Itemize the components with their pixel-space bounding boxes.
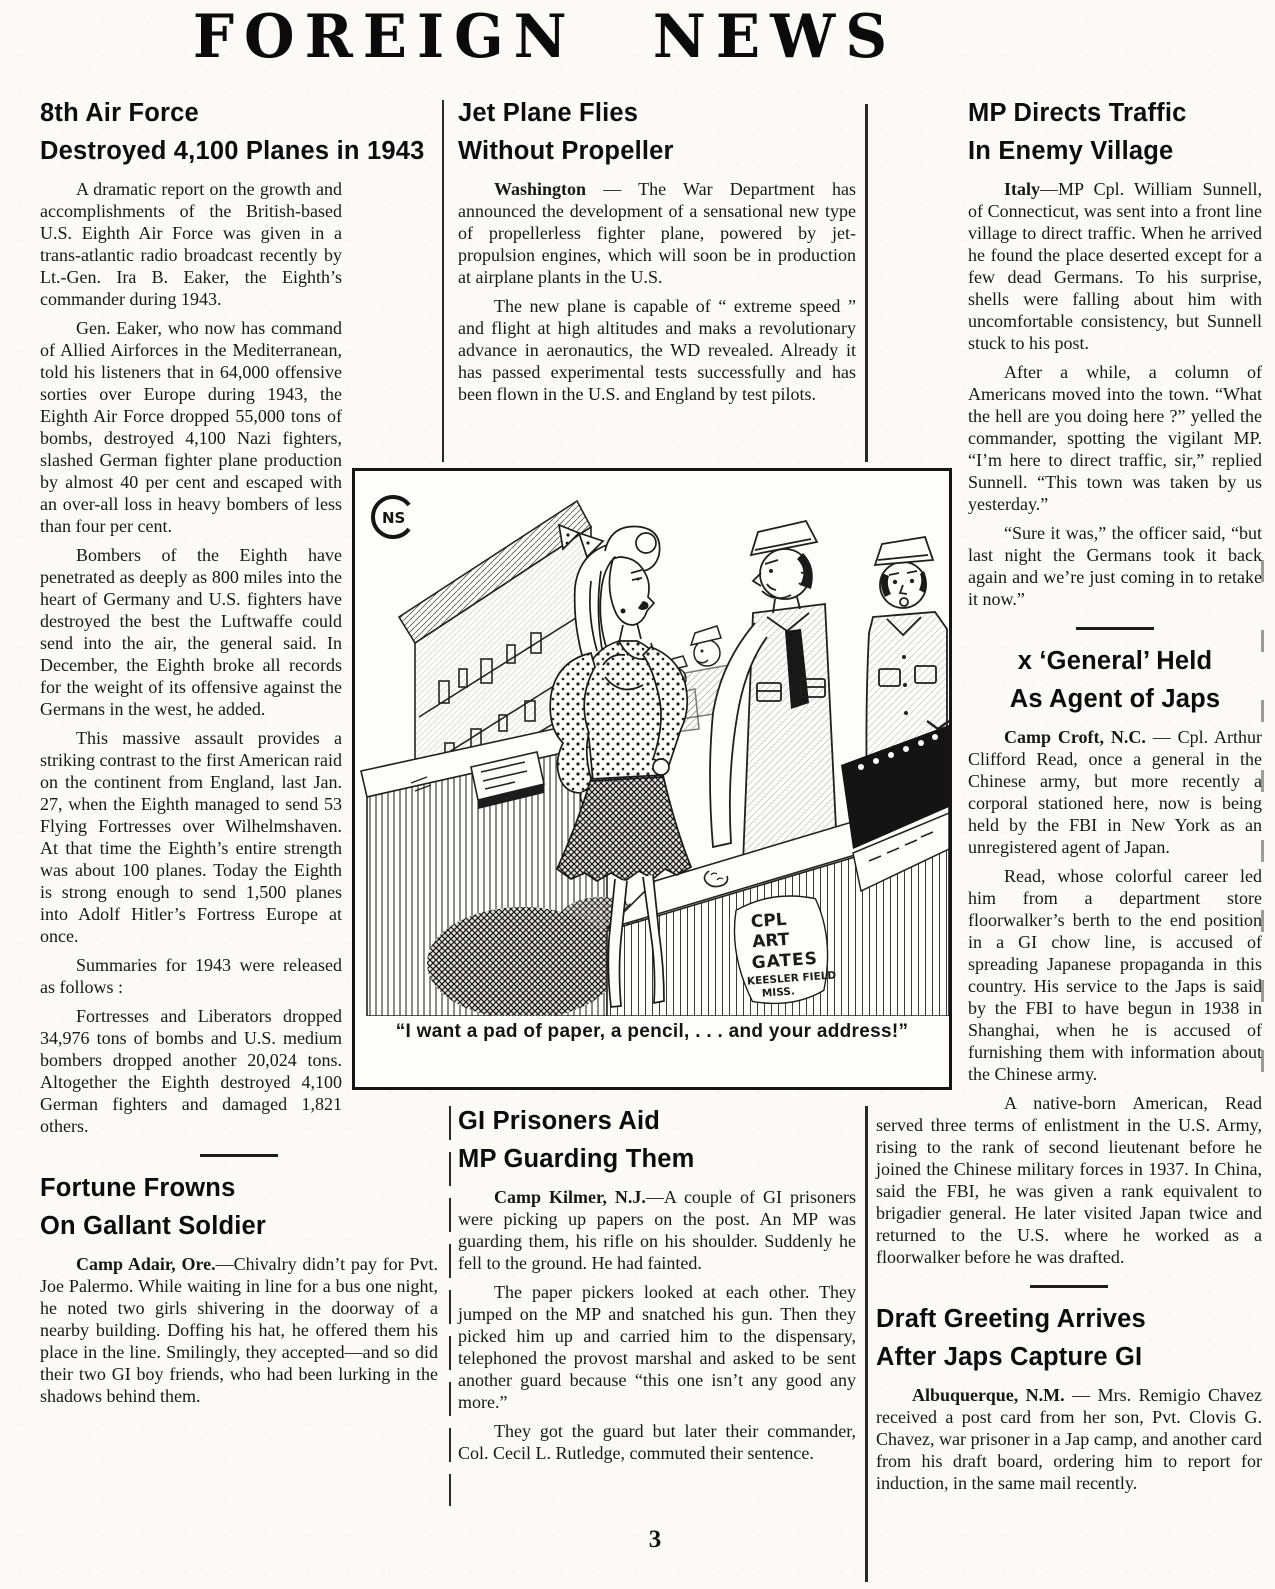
article-paragraph: Washington — The War Department has anno… xyxy=(458,178,856,288)
headline-line: MP Directs Traffic xyxy=(876,94,1262,132)
cns-logo-letters: NS xyxy=(382,509,405,527)
headline-gi-prisoners: GI Prisoners Aid MP Guarding Them xyxy=(458,1102,856,1178)
article-gi-prisoners: Camp Kilmer, N.J.—A couple of GI prisone… xyxy=(458,1186,856,1464)
article-paragraph: Camp Adair, Ore.—Chivalry didn’t pay for… xyxy=(40,1253,438,1407)
headline-8th-air-force: 8th Air Force Destroyed 4,100 Planes in … xyxy=(40,94,438,170)
signature-line: ART xyxy=(752,930,791,953)
article-paragraph: They got the guard but later their comma… xyxy=(458,1420,856,1464)
cartoon-illustration: CPL ART GATES KEESLER FIELD MISS. NS xyxy=(355,471,949,1016)
headline-line: MP Guarding Them xyxy=(458,1140,856,1178)
article-paragraph: The paper pickers looked at each other. … xyxy=(458,1281,856,1413)
article-jet-plane: Washington — The War Department has anno… xyxy=(458,178,856,405)
headline-mp-traffic: MP Directs Traffic In Enemy Village xyxy=(876,94,1262,170)
dateline: Camp Croft, N.C. xyxy=(1004,727,1146,747)
headline-line: Destroyed 4,100 Planes in 1943 xyxy=(40,132,438,170)
headline-line: Draft Greeting Arrives xyxy=(876,1300,1262,1338)
article-draft-greeting: Albuquerque, N.M. — Mrs. Remigio Chavez … xyxy=(876,1384,1262,1494)
soldier-main xyxy=(710,521,837,863)
signature-line: CPL xyxy=(750,910,787,932)
headline-line: 8th Air Force xyxy=(40,94,438,132)
editorial-cartoon: CPL ART GATES KEESLER FIELD MISS. NS “I … xyxy=(352,468,952,1090)
cartoon-caption: “I want a pad of paper, a pencil, . . . … xyxy=(355,1021,949,1043)
dateline: Italy xyxy=(1004,179,1040,199)
column-divider-line xyxy=(442,100,444,462)
divider-rule xyxy=(1076,627,1154,630)
article-paragraph: A dramatic report on the growth and acco… xyxy=(40,178,438,310)
dateline: Albuquerque, N.M. xyxy=(912,1385,1065,1405)
headline-line: On Gallant Soldier xyxy=(40,1207,438,1245)
headline-line: Jet Plane Flies xyxy=(458,94,856,132)
section-divider xyxy=(876,1277,1262,1288)
section-divider xyxy=(40,1146,438,1157)
headline-line: Fortune Frowns xyxy=(40,1169,438,1207)
column-middle-bottom: GI Prisoners Aid MP Guarding Them Camp K… xyxy=(458,1102,856,1471)
dateline: Washington xyxy=(494,179,586,199)
article-paragraph: The new plane is capable of “ extreme sp… xyxy=(458,295,856,405)
headline-line: GI Prisoners Aid xyxy=(458,1102,856,1140)
column-divider-line xyxy=(449,1106,451,1506)
headline-line: In Enemy Village xyxy=(876,132,1262,170)
divider-rule xyxy=(1030,1285,1108,1288)
page-number: 3 xyxy=(455,1526,855,1554)
headline-draft-greeting: Draft Greeting Arrives After Japs Captur… xyxy=(876,1300,1262,1376)
headline-jet-plane: Jet Plane Flies Without Propeller xyxy=(458,94,856,170)
article-fortune-frowns: Camp Adair, Ore.—Chivalry didn’t pay for… xyxy=(40,1253,438,1407)
newspaper-page: FOREIGN NEWS 8th Air Force Destroyed 4,1… xyxy=(0,0,1275,1589)
signature-line: MISS. xyxy=(762,985,796,999)
column-divider-line xyxy=(865,104,868,462)
article-paragraph: Albuquerque, N.M. — Mrs. Remigio Chavez … xyxy=(876,1384,1262,1494)
page-title: FOREIGN NEWS xyxy=(40,1,1050,72)
column-middle-top: Jet Plane Flies Without Propeller Washin… xyxy=(458,94,856,412)
headline-line: Without Propeller xyxy=(458,132,856,170)
dateline: Camp Kilmer, N.J. xyxy=(494,1187,646,1207)
dateline: Camp Adair, Ore. xyxy=(76,1254,216,1274)
headline-line: After Japs Capture GI xyxy=(876,1338,1262,1376)
divider-rule xyxy=(200,1154,278,1157)
article-paragraph: Italy—MP Cpl. William Sunnell, of Connec… xyxy=(876,178,1262,354)
headline-fortune-frowns: Fortune Frowns On Gallant Soldier xyxy=(40,1169,438,1245)
article-paragraph: Camp Kilmer, N.J.—A couple of GI prisone… xyxy=(458,1186,856,1274)
column-divider-line xyxy=(865,1106,868,1582)
article-paragraph: A native-born American, Read served thre… xyxy=(876,1092,1262,1268)
cns-logo: NS xyxy=(373,497,409,537)
